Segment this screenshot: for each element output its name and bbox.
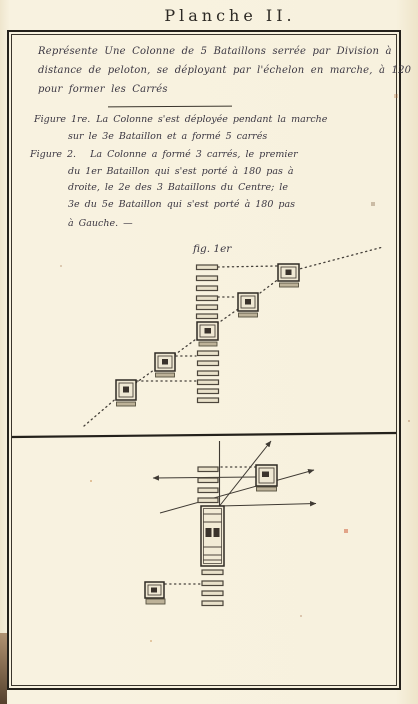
figure1-caption: Figure 1re.La Colonne s'est déployée pen…	[34, 111, 327, 145]
direction-arrow-right-diagonal	[160, 470, 314, 513]
figure1-caption-label: Figure 1re.	[34, 114, 90, 125]
figure2-caption-line: droite, le 2e des 3 Bataillons du Centre…	[68, 180, 298, 197]
alignment-dotted-line	[218, 266, 277, 267]
figure2-caption-line: 3e du 5e Bataillon qui s'est porté à 180…	[68, 197, 298, 214]
scan-speckles	[0, 0, 2, 2]
figure2-caption-line: à Gauche. —	[68, 216, 298, 233]
description-line: distance de peloton, se déployant par l'…	[38, 61, 418, 80]
direction-arrow-right	[220, 504, 317, 507]
fig1-square-1	[278, 264, 299, 287]
figure2-caption: Figure 2.La Colonne a formé 3 carrés, le…	[30, 147, 298, 233]
figure1-caption-text: La Colonne s'est déployée pendant la mar…	[96, 114, 327, 125]
scan-edge-shadow	[0, 633, 7, 704]
fig2-square-left	[145, 582, 165, 604]
figure-separator-line	[12, 433, 396, 437]
figure1-caption-line: sur le 3e Bataillon et a formé 5 carrés	[68, 128, 327, 145]
fig2-square-right	[256, 465, 277, 491]
figure1-drawing	[0, 240, 418, 435]
figure2-caption-label: Figure 2.	[30, 149, 76, 160]
figure1-diagram: fig. 1er	[0, 240, 418, 435]
figure1-caption-line: Figure 1re.La Colonne s'est déployée pen…	[34, 111, 327, 128]
plate-title: Planche II.	[42, 6, 418, 25]
fig1-square-center	[197, 322, 218, 346]
plate-description: Représente Une Colonne de 5 Bataillons s…	[38, 42, 418, 99]
fig1-square-3	[155, 353, 175, 377]
figure2-diagram	[0, 430, 418, 694]
scanned-plate-page: Planche II. Représente Une Colonne de 5 …	[0, 0, 418, 704]
fig1-square-4	[116, 380, 136, 406]
description-line: pour former les Carrés	[38, 80, 418, 99]
fig2-square-center	[201, 506, 224, 566]
fig1-square-2	[238, 293, 258, 317]
figure2-caption-line: du 1er Bataillon qui s'est porté à 180 p…	[68, 164, 298, 181]
figure2-drawing	[0, 430, 418, 694]
figure2-caption-line: Figure 2.La Colonne a formé 3 carrés, le…	[30, 147, 298, 164]
description-line: Représente Une Colonne de 5 Bataillons s…	[38, 42, 418, 61]
figure2-caption-text: La Colonne a formé 3 carrés, le premier	[90, 149, 298, 160]
